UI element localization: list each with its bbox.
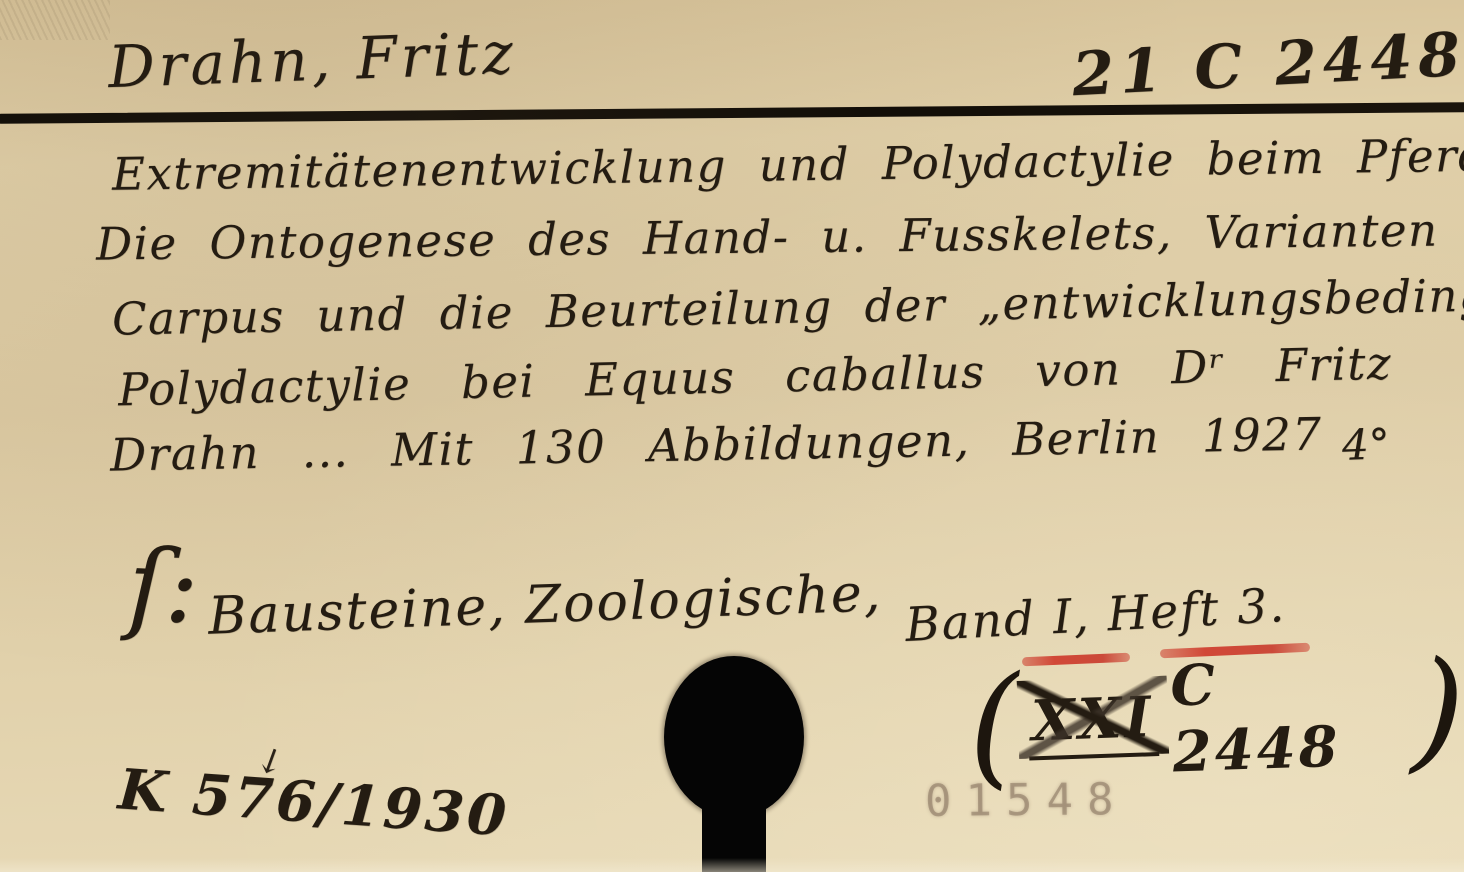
accession-number: K 576/1930 [116,756,511,849]
title-line-3: Carpus und die Beurteilung der „entwickl… [112,267,1464,345]
scan-edge-artifact [0,858,1464,872]
title-line-1: Extremitätenentwicklung und Polydactylie… [112,128,1464,201]
series-volume-issue: Band I, Heft 3. [904,578,1288,653]
title-line-2: Die Ontogenese des Hand- u. Fusskelets, … [96,202,1464,270]
call-number: 21 C 2448 [1070,20,1464,111]
old-call-number: ( XXI C 2448 ) [966,643,1464,792]
title-line-5: Drahn ... Mit 130 Abbildungen, Berlin 19… [110,407,1323,481]
library-catalog-card: Drahn, Fritz 21 C 2448 Extremitätenentwi… [0,0,1464,872]
author-heading: Drahn, Fritz [107,19,518,101]
old-call-number-rest: C 2448 [1169,645,1406,785]
format-notation: 4° [1341,419,1390,470]
open-paren: ( [966,665,1022,787]
series-title: Bausteine, Zoologische, [207,563,883,646]
see-reference-mark: ſ: [126,527,201,646]
corner-smudge-artifact [0,0,110,40]
crossed-roman-numeral: XXI [1026,684,1159,760]
strikethrough-marks [1016,676,1169,759]
title-line-4: Polydactylie bei Equus caballus von Dʳ F… [118,337,1393,417]
header-rule [0,102,1464,124]
close-paren: ) [1410,649,1464,771]
stamp-number: 01548 [925,774,1128,827]
